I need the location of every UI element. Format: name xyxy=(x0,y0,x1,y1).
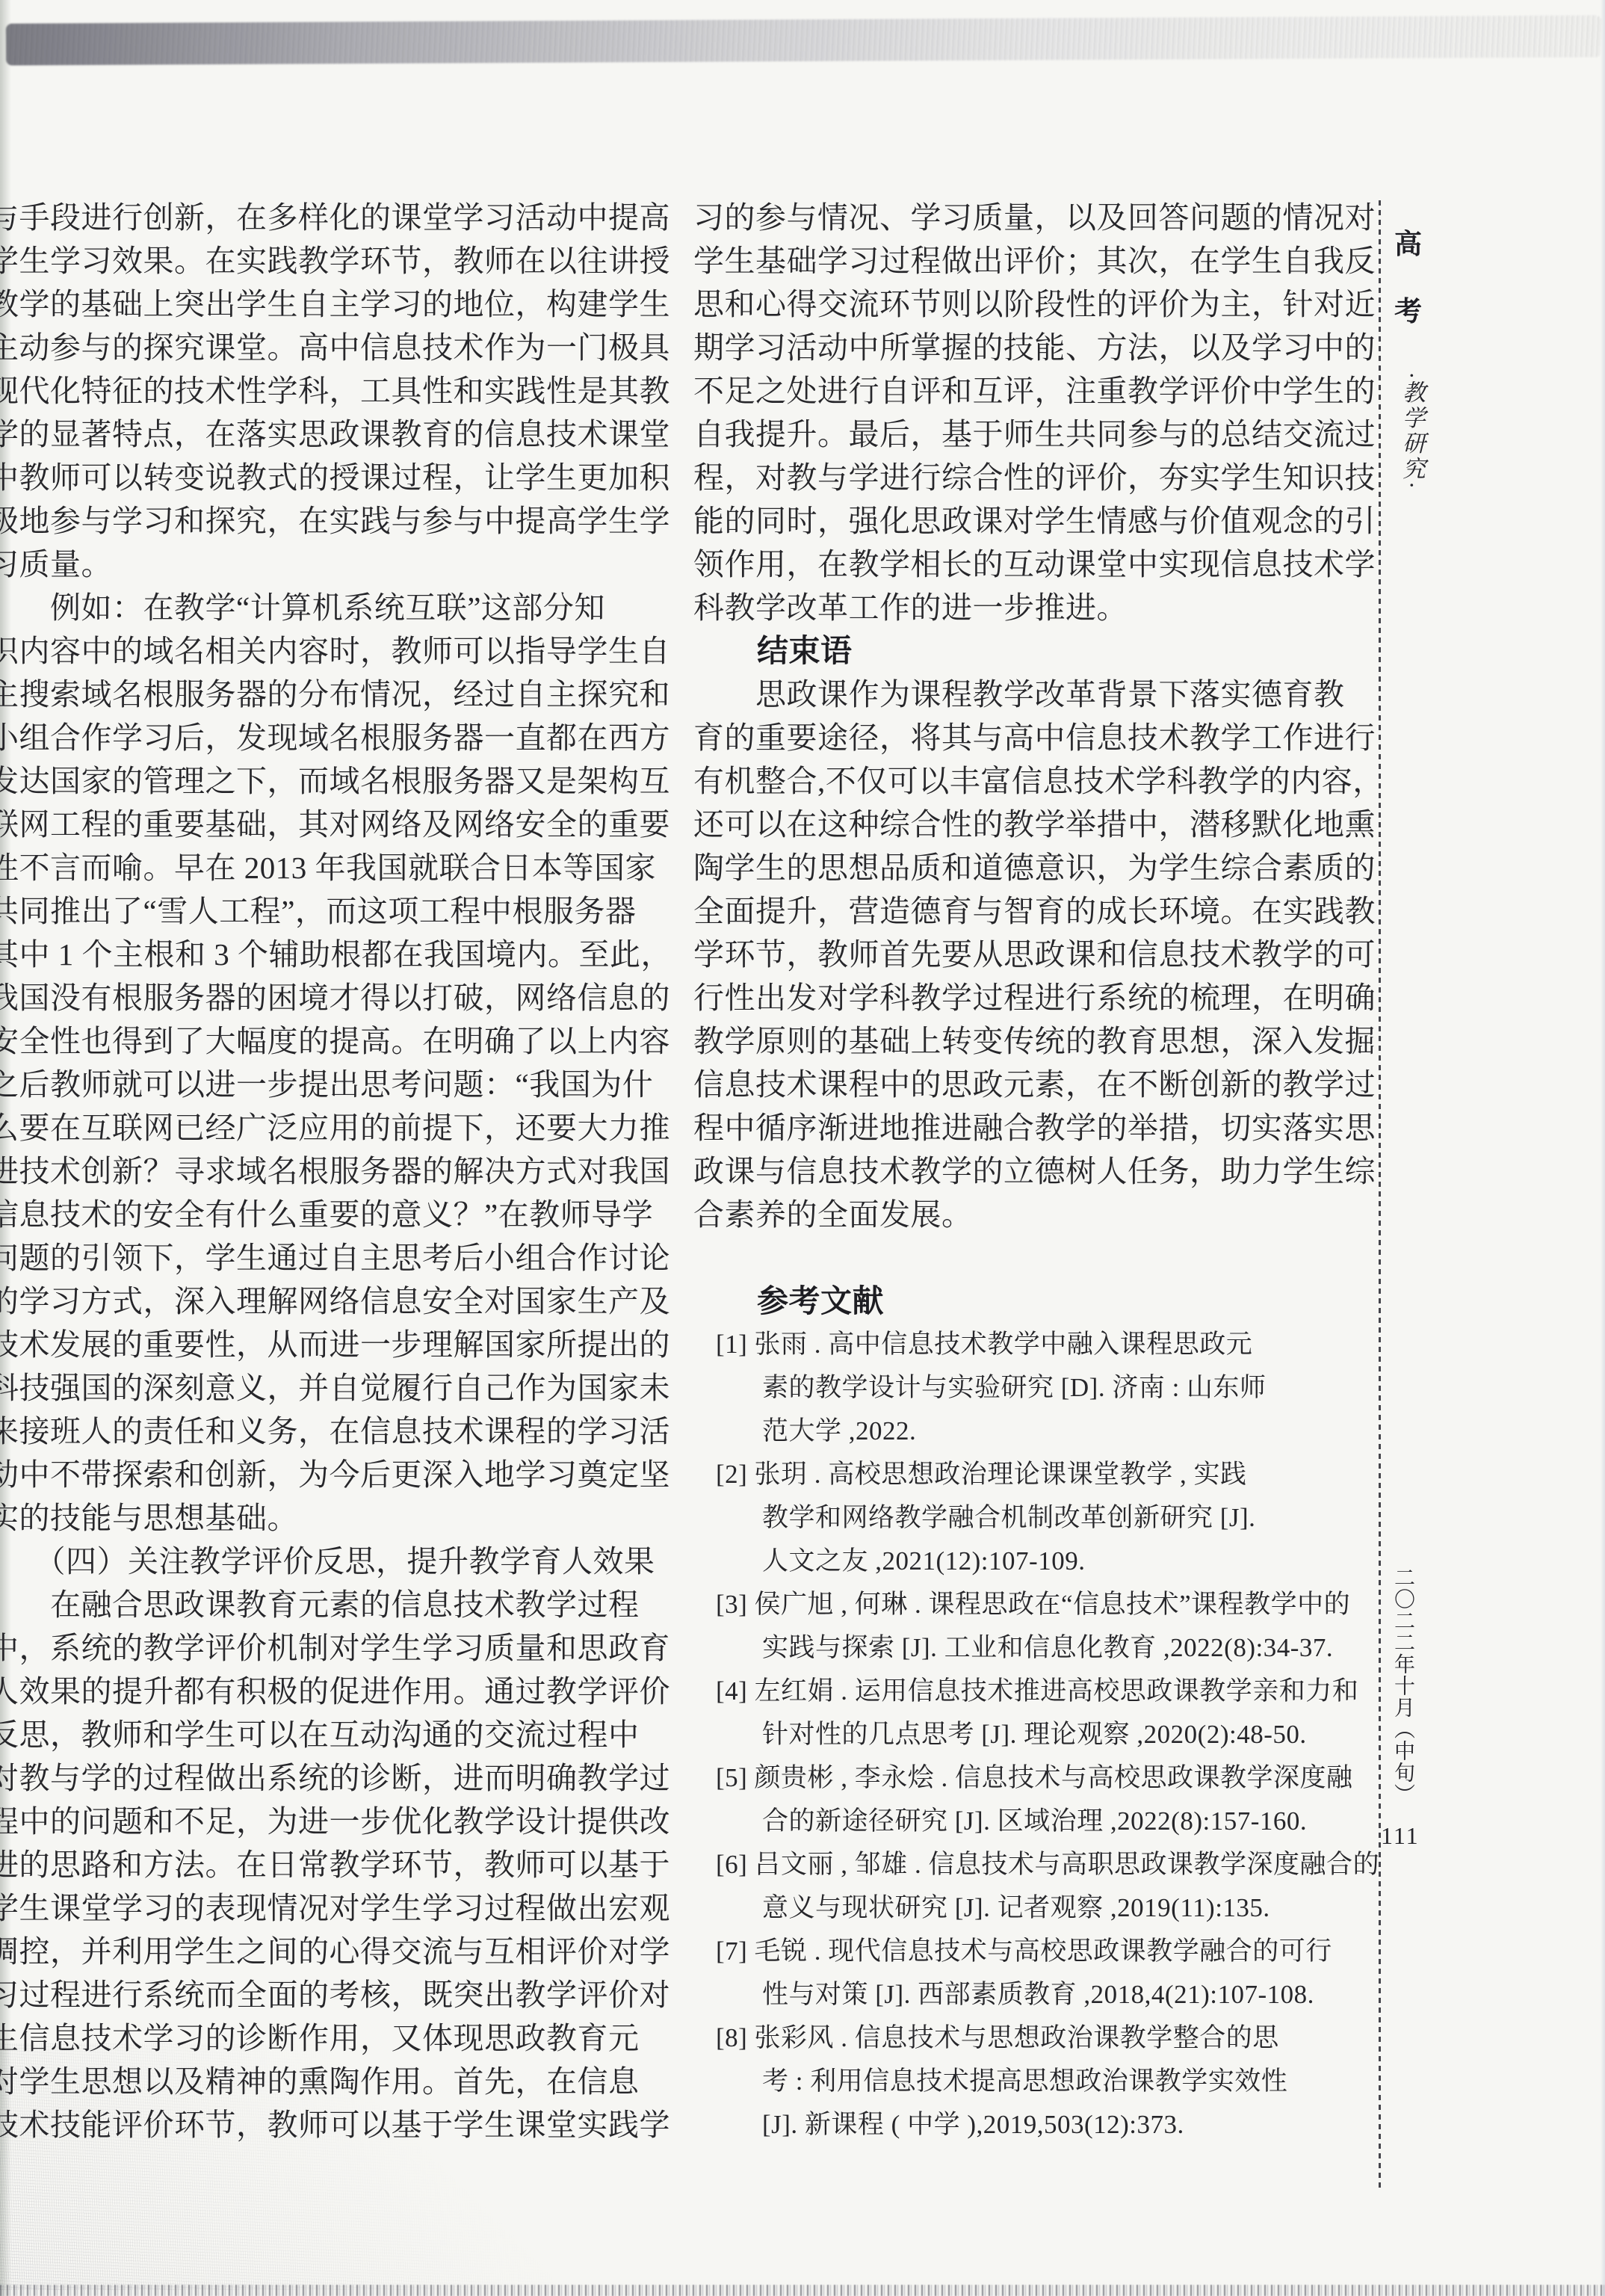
text-line: 实践与探索 [J]. 工业和信息化教育 ,2022(8):34-37. xyxy=(716,1626,1384,1670)
sidebar-divider-line xyxy=(1379,200,1381,2192)
section-title-char-2: 考 xyxy=(1394,288,1422,329)
text-line: 对教与学的过程做出系统的诊断，进而明确教学过 xyxy=(0,1756,672,1800)
text-line: 能的同时，强化思政课对学生情感与价值观念的引 xyxy=(693,499,1384,543)
text-line: 教学和网络教学融合机制改革创新研究 [J]. xyxy=(716,1496,1384,1540)
scan-edge-right xyxy=(1601,0,1605,2296)
text-line: 小组合作学习后，发现域名根服务器一直都在西方 xyxy=(0,716,672,759)
text-line: 人效果的提升都有积极的促进作用。通过教学评价 xyxy=(0,1670,672,1713)
text-line: 技术发展的重要性，从而进一步理解国家所提出的 xyxy=(0,1323,672,1366)
text-line: 陶学生的思想品质和道德意识，为学生综合素质的 xyxy=(693,846,1384,889)
text-line: 领作用，在教学相长的互动课堂中实现信息技术学 xyxy=(693,543,1384,586)
text-line: 范大学 ,2022. xyxy=(716,1410,1384,1453)
text-line: 科技强国的深刻意义，并自觉履行自己作为国家未 xyxy=(0,1366,672,1410)
text-line: 安全性也得到了大幅度的提高。在明确了以上内容 xyxy=(0,1019,672,1063)
issue-date-label: 二〇二二年十月（中旬） xyxy=(1388,1567,1417,1805)
text-line: 调控，并利用学生之间的心得交流与互相评价对学 xyxy=(0,1930,672,1973)
text-line: 反思，教师和学生可以在互动沟通的交流过程中 xyxy=(0,1713,672,1756)
text-line: [4] 左红娟 . 运用信息技术推进高校思政课教学亲和力和 xyxy=(716,1670,1384,1713)
text-line: 么要在互联网已经广泛应用的前提下，还要大力推 xyxy=(0,1106,672,1149)
text-line: 现代化特征的技术性学科，工具性和实践性是其教 xyxy=(0,369,672,413)
text-line: [7] 毛锐 . 现代信息技术与高校思政课教学融合的可行 xyxy=(716,1930,1384,1973)
text-line: 教学原则的基础上转变传统的教育思想，深入发掘 xyxy=(693,1019,1384,1063)
text-line: 程，对教与学进行综合性的评价，夯实学生知识技 xyxy=(693,456,1384,499)
text-line xyxy=(693,1236,1384,1280)
text-line: 参考文献 xyxy=(693,1280,1384,1323)
text-line: 有机整合,不仅可以丰富信息技术学科教学的内容， xyxy=(693,759,1384,803)
text-line: [3] 侯广旭 , 何琳 . 课程思政在“信息技术”课程教学中的 xyxy=(716,1583,1384,1626)
text-line: [5] 颜贵彬 , 李永烩 . 信息技术与高校思政课教学深度融 xyxy=(716,1756,1384,1800)
article-left-column: 与手段进行创新，在多样化的课堂学习活动中提高学生学习效果。在实践教学环节，教师在… xyxy=(0,196,672,2147)
text-line: 共同推出了“雪人工程”，而这项工程中根服务器 xyxy=(0,889,672,933)
column-category-label: ·教学研究· xyxy=(1395,372,1429,490)
text-line: 全面提升，营造德育与智育的成长环境。在实践教 xyxy=(693,889,1384,933)
text-line: 进的思路和方法。在日常教学环节，教师可以基于 xyxy=(0,1843,672,1886)
text-line: 联网工程的重要基础，其对网络及网络安全的重要 xyxy=(0,803,672,846)
text-line: [6] 吕文丽 , 邹雄 . 信息技术与高职思政课教学深度融合的 xyxy=(716,1843,1384,1886)
text-line: 实的技能与思想基础。 xyxy=(0,1496,672,1540)
text-line: 意义与现状研究 [J]. 记者观察 ,2019(11):135. xyxy=(716,1886,1384,1930)
text-line: 识内容中的域名相关内容时，教师可以指导学生自 xyxy=(0,629,672,673)
page-number: 111 xyxy=(1381,1822,1420,1850)
text-line: 与手段进行创新，在多样化的课堂学习活动中提高 xyxy=(0,196,672,239)
text-line: 考 : 利用信息技术提高思想政治课教学实效性 xyxy=(716,2060,1384,2103)
text-line: 思和心得交流环节则以阶段性的评价为主，针对近 xyxy=(693,283,1384,326)
text-line: 学生课堂学习的表现情况对学生学习过程做出宏观 xyxy=(0,1886,672,1930)
scanned-journal-page: 与手段进行创新，在多样化的课堂学习活动中提高学生学习效果。在实践教学环节，教师在… xyxy=(0,0,1605,2296)
text-line: 还可以在这种综合性的教学举措中，潜移默化地熏 xyxy=(693,803,1384,846)
text-line: 不足之处进行自评和互评，注重教学评价中学生的 xyxy=(693,369,1384,413)
text-line: 人文之友 ,2021(12):107-109. xyxy=(716,1540,1384,1583)
text-line: 主搜索域名根服务器的分布情况，经过自主探究和 xyxy=(0,673,672,716)
text-line: 例如：在教学“计算机系统互联”这部分知 xyxy=(0,586,672,629)
text-line: 科教学改革工作的进一步推进。 xyxy=(693,586,1384,629)
section-title-char-1: 高 xyxy=(1394,221,1422,262)
scan-noise-corner xyxy=(0,2043,553,2290)
text-line: 习的参与情况、学习质量，以及回答问题的情况对 xyxy=(693,196,1384,239)
text-line: 期学习活动中所掌握的技能、方法，以及学习中的 xyxy=(693,326,1384,369)
text-line: 程中循序渐进地推进融合教学的举措，切实落实思 xyxy=(693,1106,1384,1149)
text-line: 信息技术课程中的思政元素，在不断创新的教学过 xyxy=(693,1063,1384,1106)
text-line: 行性出发对学科教学过程进行系统的梳理，在明确 xyxy=(693,976,1384,1019)
text-line: 育的重要途径，将其与高中信息技术教学工作进行 xyxy=(693,716,1384,759)
text-line: 习质量。 xyxy=(0,543,672,586)
scan-noise-band-bottom xyxy=(0,2285,1605,2296)
text-line: 其中 1 个主根和 3 个辅助根都在我国境内。至此， xyxy=(0,933,672,976)
text-line: 我国没有根服务器的困境才得以打破，网络信息的 xyxy=(0,976,672,1019)
text-line: 习过程进行系统而全面的考核，既突出教学评价对 xyxy=(0,1973,672,2016)
text-line: 结束语 xyxy=(693,629,1384,673)
article-right-column: 习的参与情况、学习质量，以及回答问题的情况对学生基础学习过程做出评价；其次，在学… xyxy=(693,196,1384,2147)
text-line: 学环节，教师首先要从思政课和信息技术教学的可 xyxy=(693,933,1384,976)
text-line: [8] 张彩风 . 信息技术与思想政治课教学整合的思 xyxy=(716,2016,1384,2060)
text-line: （四）关注教学评价反思，提升教学育人效果 xyxy=(0,1540,672,1583)
text-line: 性与对策 [J]. 西部素质教育 ,2018,4(21):107-108. xyxy=(716,1973,1384,2016)
text-line: 思政课作为课程教学改革背景下落实德育教 xyxy=(693,673,1384,716)
text-line: 中，系统的教学评价机制对学生学习质量和思政育 xyxy=(0,1626,672,1670)
text-line: 极地参与学习和探究，在实践与参与中提高学生学 xyxy=(0,499,672,543)
text-line: 问题的引领下，学生通过自主思考后小组合作讨论 xyxy=(0,1236,672,1280)
text-line: [1] 张雨 . 高中信息技术教学中融入课程思政元 xyxy=(716,1323,1384,1366)
text-line: 教学的基础上突出学生自主学习的地位，构建学生 xyxy=(0,283,672,326)
text-line: 中教师可以转变说教式的授课过程，让学生更加积 xyxy=(0,456,672,499)
text-line: 素的教学设计与实验研究 [D]. 济南 : 山东师 xyxy=(716,1366,1384,1410)
text-line: 学生基础学习过程做出评价；其次，在学生自我反 xyxy=(693,239,1384,283)
text-line: 学的显著特点，在落实思政课教育的信息技术课堂 xyxy=(0,413,672,456)
scan-noise-band-top xyxy=(6,15,1601,65)
text-line: 学生学习效果。在实践教学环节，教师在以往讲授 xyxy=(0,239,672,283)
text-line: 在融合思政课教育元素的信息技术教学过程 xyxy=(0,1583,672,1626)
text-line: 的学习方式，深入理解网络信息安全对国家生产及 xyxy=(0,1280,672,1323)
text-line: 程中的问题和不足，为进一步优化教学设计提供改 xyxy=(0,1800,672,1843)
text-line: 来接班人的责任和义务，在信息技术课程的学习活 xyxy=(0,1410,672,1453)
text-line: 合的新途径研究 [J]. 区域治理 ,2022(8):157-160. xyxy=(716,1800,1384,1843)
text-line: 信息技术的安全有什么重要的意义？”在教师导学 xyxy=(0,1193,672,1236)
text-line: 政课与信息技术教学的立德树人任务，助力学生综 xyxy=(693,1149,1384,1193)
text-line: 自我提升。最后，基于师生共同参与的总结交流过 xyxy=(693,413,1384,456)
text-line: 发达国家的管理之下，而域名根服务器又是架构互 xyxy=(0,759,672,803)
text-line: 进技术创新？寻求域名根服务器的解决方式对我国 xyxy=(0,1149,672,1193)
text-line: 合素养的全面发展。 xyxy=(693,1193,1384,1236)
text-line: 动中不带探索和创新，为今后更深入地学习奠定坚 xyxy=(0,1453,672,1496)
text-line: [2] 张玥 . 高校思想政治理论课课堂教学 , 实践 xyxy=(716,1453,1384,1496)
text-line: 针对性的几点思考 [J]. 理论观察 ,2020(2):48-50. xyxy=(716,1713,1384,1756)
text-line: [J]. 新课程 ( 中学 ),2019,503(12):373. xyxy=(716,2103,1384,2147)
text-line: 性不言而喻。早在 2013 年我国就联合日本等国家 xyxy=(0,846,672,889)
text-line: 之后教师就可以进一步提出思考问题：“我国为什 xyxy=(0,1063,672,1106)
text-line: 主动参与的探究课堂。高中信息技术作为一门极具 xyxy=(0,326,672,369)
